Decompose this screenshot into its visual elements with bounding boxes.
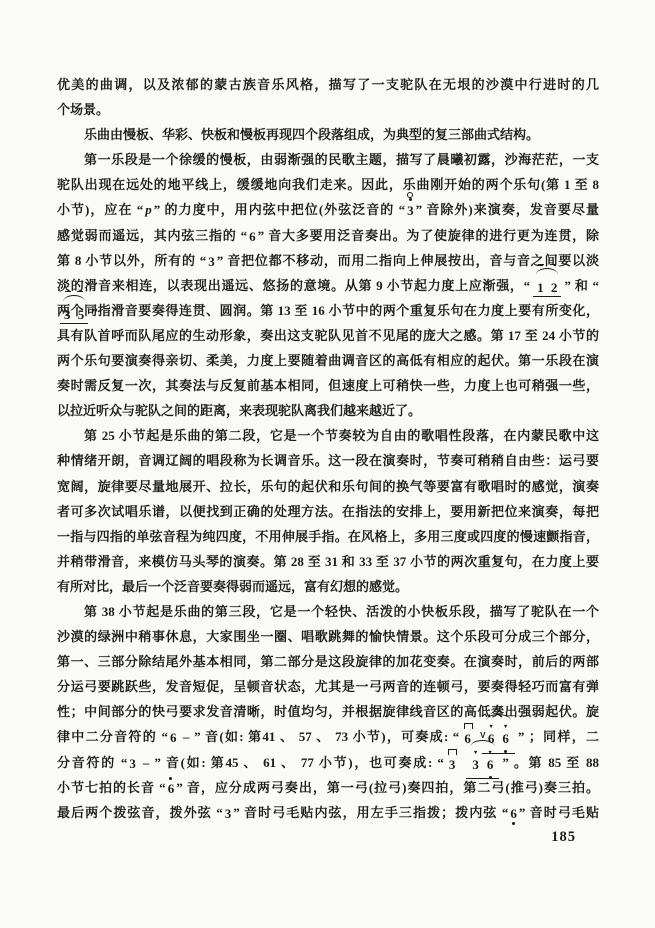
- text-run: ” 音除外)来演奏，发音要尽量: [416, 202, 599, 217]
- text-run: 两个同指滑音要奏得连贯、圆润。第 13 至 16 小节中的两个重复乐句在力度上要…: [57, 303, 599, 318]
- text-run: 以拉近听众与驼队之间的距离，来表现驼队离我们越来越近了。: [57, 403, 421, 418]
- text-line: 并稍带滑音，来模仿马头琴的演奏。第 28 至 31 和 33 至 37 小节的两…: [57, 549, 599, 574]
- jianpu-note: 6: [168, 731, 179, 744]
- text-run: 一指与四指的单弦音程为纯四度，不用伸展手指。在风格上，多用三度或四度的慢速颤指音…: [57, 529, 599, 544]
- text-line: 具有队首呼而队尾应的生动形象，奏出这支驼队见首不见尾的庞大之感。第 17 至 2…: [57, 323, 599, 348]
- text-line: 分运弓要跳跃些，发音短促，呈顿音状态，尤其是一弓两音的连顿弓，要奏得轻巧而富有弹: [57, 674, 599, 699]
- text-run: 律中二分音符的 “: [57, 729, 168, 744]
- staccato-icon: ▼: [503, 724, 508, 730]
- jianpu-note: ▼6: [498, 732, 513, 746]
- text-run: – ” 音(如: 第45 、 61 、 77 小节)，也可奏成: “: [138, 755, 444, 770]
- text-run: 乐曲由慢板、华彩、快板和慢板再现四个段落组成，为典型的复三部曲式结构。: [84, 127, 539, 142]
- text-run: 者可多次试唱乐谱，以便找到正确的处理方法。在指法的安排上，要用新把位来演奏，每把: [57, 504, 599, 519]
- text-run: ” 和 “: [564, 278, 599, 293]
- text-run: ” ；同样，二: [518, 729, 599, 744]
- text-run: – ” 音(如: 第41 、 57 、 73 小节)，可奏成: “: [179, 729, 460, 744]
- document-page: 优美的曲调，以及浓郁的蒙古族音乐风格，描写了一支驼队在无垠的沙漠中行进时的几个场…: [0, 0, 655, 928]
- tenuto-dashes: [62, 291, 86, 293]
- octave-dot-above: [169, 777, 172, 780]
- tenuto-dashes: [535, 264, 559, 266]
- text-run: ” 音时弓毛贴: [519, 805, 599, 820]
- text-line: 两个同指滑音要奏得连贯、圆润。第 13 至 16 小节中的两个重复乐句在力度上要…: [57, 298, 599, 323]
- text-run: 宽阔，旋律要尽量地展开、拉长，乐句的起伏和乐句间的换气等要富有歌唱时的感觉，演奏: [57, 479, 599, 494]
- text-run: 沙漠的绿洲中稍事休息，大家围坐一圈、唱歌跳舞的愉快情景。这个乐段可分成三个部分，: [57, 629, 599, 644]
- text-line: 奏时需反复一次，其奏法与反复前基本相同，但速度上可稍快一些，力度上也可稍强一些，: [57, 373, 599, 398]
- slur-arc: [486, 714, 511, 721]
- text-run: 奏时需反复一次，其奏法与反复前基本相同，但速度上可稍快一些，力度上也可稍强一些，: [57, 378, 599, 393]
- text-line: 小节七拍的长音 “6” 音，应分成两弓奏出，第一弓(拉弓)奏四拍，第二弓(推弓)…: [57, 775, 599, 800]
- up-bow-icon: V: [480, 732, 485, 740]
- text-run: ” 音时弓毛贴内弦，用左手三指拨；拨内弦 “: [233, 805, 508, 820]
- text-line: 宽阔，旋律要尽量地展开、拉长，乐句的起伏和乐句间的换气等要富有歌唱时的感觉，演奏: [57, 474, 599, 499]
- up-bow-icon: V: [496, 706, 501, 714]
- staccato-icon: ▼: [487, 750, 492, 756]
- jianpu-note: ▼6: [483, 758, 498, 772]
- text-run: 分运弓要跳跃些，发音短促，呈顿音状态，尤其是一弓两音的连顿弓，要奏得轻巧而富有弹: [57, 679, 599, 694]
- text-run: 第一、三部分除结尾外基本相同，第二部分是这段旋律的加花变奏。在演奏时，前后的两部: [57, 654, 599, 669]
- text-run: 个场景。: [57, 102, 109, 117]
- text-line: 第 38 小节起是乐曲的第三段，它是一个轻快、活泼的小快板乐段，描写了驼队在一个: [57, 599, 599, 624]
- text-run: 小节)，应在 “: [57, 202, 143, 217]
- jianpu-note: 6: [508, 807, 519, 820]
- jianpu-note: 3: [127, 757, 138, 770]
- text-line: 两个乐句要演奏得亲切、柔美，力度上要随着曲调音区的高低有相应的起伏。第一乐段在演: [57, 348, 599, 373]
- dynamic-mark-p: p: [143, 202, 154, 217]
- text-run: ” 。第 85 至 88: [502, 755, 599, 770]
- text-line: 者可多次试唱乐谱，以便找到正确的处理方法。在指法的安排上，要用新把位来演奏，每把: [57, 499, 599, 524]
- staccato-icon: ▼: [473, 750, 478, 756]
- text-run: 性；中间部分的快弓要求发音清晰，时值均匀，并根据旋律线音区的高低奏出强弱起伏。旋: [57, 704, 599, 719]
- text-run: 小节七拍的长音 “: [57, 780, 166, 795]
- text-run: 第 25 小节起是乐曲的第二段，它是一个节奏较为自由的歌唱性段落，在内蒙民歌中这: [84, 428, 599, 443]
- text-run: 种情绪开朗，音调辽阔的唱段称为长调音乐。这一段在演奏时，节奏可稍稍自由些：运弓要: [57, 453, 599, 468]
- jianpu-note: 6: [166, 782, 177, 795]
- text-run: 分音符的 “: [57, 755, 127, 770]
- text-line: 一指与四指的单弦音程为纯四度，不用伸展手指。在风格上，多用三度或四度的慢速颤指音…: [57, 524, 599, 549]
- down-bow-icon: [464, 723, 473, 729]
- text-run: 有所对比，最后一个泛音要奏得弱而遥远，富有幻想的感觉。: [57, 579, 408, 594]
- text-run: 驼队出现在远处的地平线上，缓缓地向我们走来。因此，乐曲刚开始的两个乐句(第 1 …: [57, 177, 599, 192]
- text-run: 第 8 小节以外，所有的 “: [57, 253, 206, 268]
- text-run: 具有队首呼而队尾应的生动形象，奏出这支驼队见首不见尾的庞大之感。第 17 至 2…: [57, 328, 599, 343]
- jianpu-note: 3: [405, 204, 416, 217]
- text-line: 第一乐段是一个徐缓的慢板，由弱渐强的民歌主题，描写了晨曦初露，沙海茫茫，一支: [57, 147, 599, 172]
- octave-dot-below: [512, 822, 515, 825]
- text-line: 性；中间部分的快弓要求发音清晰，时值均匀，并根据旋律线音区的高低奏出强弱起伏。旋: [57, 699, 599, 724]
- text-line: 有所对比，最后一个泛音要奏得弱而遥远，富有幻想的感觉。: [57, 574, 599, 599]
- octave-dot-above: [409, 198, 412, 201]
- jianpu-note: ▼3: [468, 758, 483, 772]
- text-run: 淡的滑音来相连，以表现出遥远、悠扬的意境。从第 9 小节起力度上应渐强，“: [57, 278, 530, 293]
- text-line: 驼队出现在远处的地平线上，缓缓地向我们走来。因此，乐曲刚开始的两个乐句(第 1 …: [57, 172, 599, 197]
- text-line: 个场景。: [57, 97, 599, 122]
- text-line: 分音符的 “3 – ” 音(如: 第45 、 61 、 77 小节)，也可奏成:…: [57, 750, 599, 775]
- text-run: ” 的力度中，用内弦中把位(外弦泛音的 “: [154, 202, 405, 217]
- text-line: 小节)，应在 “p” 的力度中，用内弦中把位(外弦泛音的 “3” 音除外)来演奏…: [57, 197, 599, 222]
- text-run: 并稍带滑音，来模仿马头琴的演奏。第 28 至 31 和 33 至 37 小节的两…: [57, 554, 599, 569]
- jianpu-note: 3: [223, 807, 234, 820]
- jianpu-note: 3: [206, 255, 217, 268]
- jianpu-note: 3: [447, 758, 458, 772]
- text-run: 两个乐句要演奏得亲切、柔美，力度上要随着曲调音区的高低有相应的起伏。第一乐段在演: [57, 353, 599, 368]
- text-line: 最后两个拨弦音，拨外弦 “3” 音时弓毛贴内弦，用左手三指拨；拨内弦 “6” 音…: [57, 800, 599, 825]
- text-line: 以拉近听众与驼队之间的距离，来表现驼队离我们越来越近了。: [57, 398, 599, 423]
- text-run: ” 音大多要用泛音奏出。为了使旋律的进行更为连贯，除: [258, 228, 599, 243]
- text-run: 感觉弱而遥远，其内弦三指的 “: [57, 228, 247, 243]
- text-line: 种情绪开朗，音调辽阔的唱段称为长调音乐。这一段在演奏时，节奏可稍稍自由些：运弓要: [57, 448, 599, 473]
- text-line: 律中二分音符的 “6 – ” 音(如: 第41 、 57 、 73 小节)，可奏…: [57, 724, 599, 749]
- text-block: 优美的曲调，以及浓郁的蒙古族音乐风格，描写了一支驼队在无垠的沙漠中行进时的几个场…: [57, 72, 599, 825]
- text-run: 最后两个拨弦音，拨外弦 “: [57, 805, 223, 820]
- text-line: 感觉弱而遥远，其内弦三指的 “6” 音大多要用泛音奏出。为了使旋律的进行更为连贯…: [57, 223, 599, 248]
- text-line: 第一、三部分除结尾外基本相同，第二部分是这段旋律的加花变奏。在演奏时，前后的两部: [57, 649, 599, 674]
- text-line: 沙漠的绿洲中稍事休息，大家围坐一圈、唱歌跳舞的愉快情景。这个乐段可分成三个部分，: [57, 624, 599, 649]
- text-line: 淡的滑音来相连，以表现出遥远、悠扬的意境。从第 9 小节起力度上应渐强，“1 2…: [57, 273, 599, 298]
- text-run: ” 音把位都不移动，而用二指向上伸展按出，音与音之间要以淡: [217, 253, 599, 268]
- staccato-icon: ▼: [488, 724, 493, 730]
- text-run: ” 音，应分成两弓奏出，第一弓(拉弓)奏四拍，第二弓(推弓)奏三拍。: [176, 780, 599, 795]
- text-line: 第 25 小节起是乐曲的第二段，它是一个节奏较为自由的歌唱性段落，在内蒙民歌中这: [57, 423, 599, 448]
- down-bow-icon: [448, 749, 457, 755]
- text-line: 优美的曲调，以及浓郁的蒙古族音乐风格，描写了一支驼队在无垠的沙漠中行进时的几: [57, 72, 599, 97]
- text-run: 第 38 小节起是乐曲的第三段，它是一个轻快、活泼的小快板乐段，描写了驼队在一个: [84, 604, 599, 619]
- text-line: 乐曲由慢板、华彩、快板和慢板再现四个段落组成，为典型的复三部曲式结构。: [57, 122, 599, 147]
- text-line: 第 8 小节以外，所有的 “3” 音把位都不移动，而用二指向上伸展按出，音与音之…: [57, 248, 599, 273]
- jianpu-notes: 1 2: [533, 281, 561, 297]
- slide-notation: 1 2: [533, 275, 561, 300]
- page-number: 185: [500, 829, 576, 846]
- jianpu-note: 6: [247, 230, 258, 243]
- text-run: 第一乐段是一个徐缓的慢板，由弱渐强的民歌主题，描写了晨曦初露，沙海茫茫，一支: [84, 152, 599, 167]
- text-run: 优美的曲调，以及浓郁的蒙古族音乐风格，描写了一支驼队在无垠的沙漠中行进时的几: [57, 77, 599, 92]
